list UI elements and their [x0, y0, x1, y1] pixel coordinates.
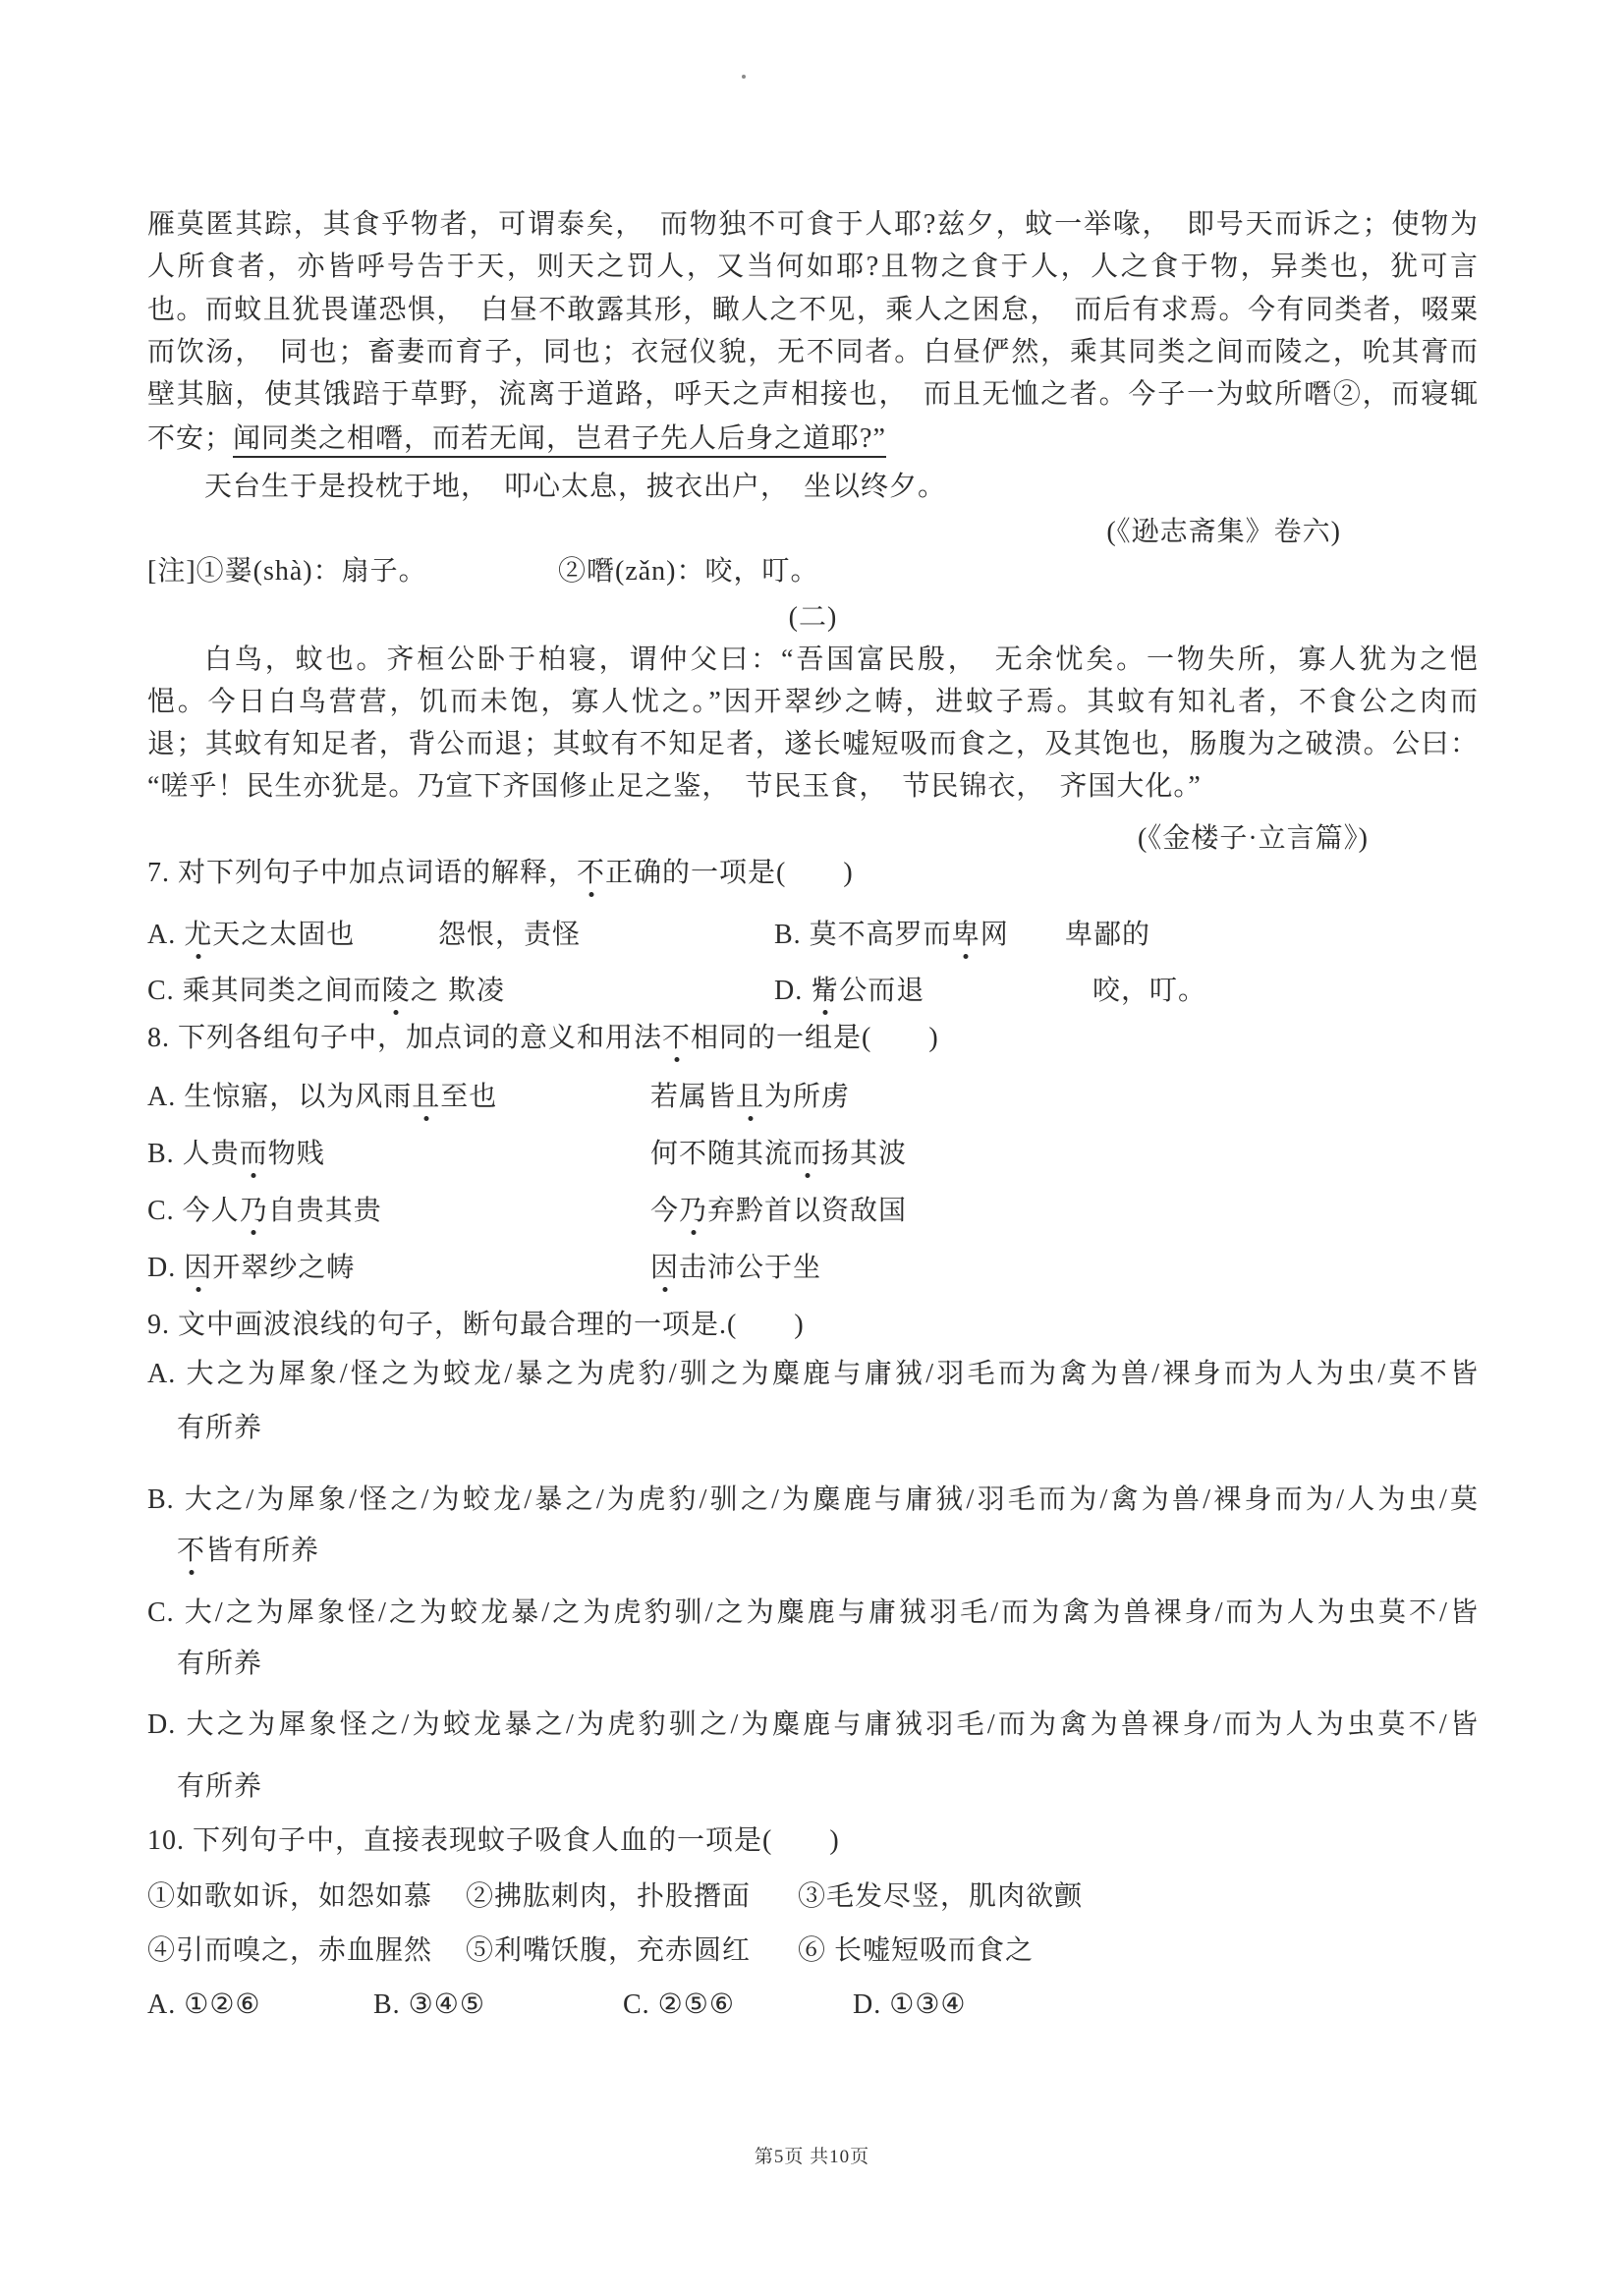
question10-stem: 10. 下列句子中，直接表现蚊子吸食人血的一项是( ) — [147, 1821, 1479, 1861]
passage1-line1: 雁莫匿其踪，其食乎物者，可谓泰矣， 而物独不可食于人耶?兹夕，蚊一举喙， 即号天… — [147, 205, 1479, 245]
q7-stem-emphasized-char: 不 — [577, 854, 605, 893]
passage1-line6-prefix: 不安； — [147, 423, 233, 454]
q8-a-right: 若属皆且为所虏 — [650, 1078, 850, 1117]
q8-b-left-text: B. 人贵 — [147, 1139, 240, 1169]
q7-c-text2: 之 — [411, 976, 439, 1006]
q8-a-left-text: A. 生惊寤，以为风雨 — [147, 1082, 412, 1112]
q9-option-b-line1: B. 大之/为犀象/怪之/为蛟龙/暴之/为虎豹/驯之/为麋鹿与庸狨/羽毛而为/禽… — [147, 1481, 1479, 1520]
q10-item-5: ⑤利嘴饫腹，充赤圆红 — [466, 1932, 751, 1971]
q7-stem-text2: 正确的一项是( ) — [605, 858, 854, 888]
q10-item-4: ④引而嗅之，赤血腥然 — [147, 1932, 432, 1971]
question8-stem: 8. 下列各组句子中，加点词的意义和用法不相同的一组是( ) — [147, 1019, 1479, 1058]
q8-c-right: 今乃弃黔首以资敌国 — [650, 1192, 907, 1231]
q10-answer-c: C. ②⑤⑥ — [623, 1986, 735, 2025]
page-number-footer: 第5页 共10页 — [0, 2142, 1624, 2168]
q8-a-right-text2: 为所虏 — [764, 1082, 850, 1112]
q8-c-right-emphasized-char: 乃 — [679, 1192, 707, 1231]
q8-d-right-emphasized-char: 因 — [650, 1249, 679, 1288]
q7-stem-text: 7. 对下列句子中加点词语的解释， — [147, 858, 577, 888]
q8-stem-emphasized-char: 不 — [662, 1019, 691, 1058]
q8-a-left: A. 生惊寤，以为风雨且至也 — [147, 1078, 497, 1117]
q9-option-a-line2: 有所养 — [147, 1409, 1479, 1448]
q8-a-left-text2: 至也 — [440, 1082, 497, 1112]
q7-d-emphasized-char: 觜 — [811, 972, 839, 1011]
q9-option-a-line1: A. 大之为犀象/怪之为蛟龙/暴之为虎豹/驯之为麋鹿与庸狨/羽毛而为禽为兽/裸身… — [147, 1355, 1479, 1394]
q8-b-left-text2: 物贱 — [268, 1139, 325, 1169]
q9-b-emphasized-char: 不 — [177, 1532, 205, 1571]
question8-option-a: A. 生惊寤，以为风雨且至也 若属皆且为所虏 — [147, 1078, 1479, 1117]
passage2-line3: 退；其蚊有知足者，背公而退；其蚊有不知足者，遂长嘘短吸而食之，及其饱也，肠腹为之… — [147, 725, 1479, 764]
q8-a-right-text: 若属皆 — [650, 1082, 736, 1112]
q7-d-text2: 公而退 — [839, 976, 924, 1006]
q7-a-text: A. — [147, 920, 184, 950]
q7-option-d: D. 觜公而退 — [774, 972, 924, 1011]
q8-d-left-emphasized-char: 因 — [184, 1249, 212, 1288]
q8-c-left: C. 今人乃自贵其贵 — [147, 1192, 382, 1231]
q7-c-emphasized-char: 陵 — [382, 972, 411, 1011]
q8-b-right: 何不随其流而扬其波 — [650, 1135, 907, 1174]
q7-a-text2: 天之太固也 — [212, 920, 355, 950]
q10-item-1: ①如歌如诉，如怨如慕 — [147, 1877, 432, 1917]
q10-item-3: ③毛发尽竖，肌肉欲颤 — [798, 1877, 1083, 1917]
q7-d-text: D. — [774, 976, 811, 1006]
q8-b-right-text2: 扬其波 — [821, 1139, 907, 1169]
q10-items-row1: ①如歌如诉，如怨如慕 ②拂肱刺肉，扑股撍面 ③毛发尽竖，肌肉欲颤 — [147, 1877, 1479, 1917]
page-content: 雁莫匿其踪，其食乎物者，可谓泰矣， 而物独不可食于人耶?兹夕，蚊一举喙， 即号天… — [147, 0, 1479, 2296]
q7-a-emphasized-char: 尤 — [184, 916, 212, 955]
passage1-line2: 人所食者，亦皆呼号告于天，则天之罚人，又当何如耶?且物之食于人，人之食于物，异类… — [147, 248, 1479, 287]
q8-c-left-text2: 自贵其贵 — [268, 1196, 382, 1226]
q9-option-d-line2: 有所养 — [147, 1767, 1479, 1807]
q8-b-right-emphasized-char: 而 — [793, 1135, 821, 1174]
q9-b-wrap-text: 皆有所养 — [205, 1536, 319, 1566]
q8-stem-text2: 相同的一组是( ) — [691, 1023, 939, 1053]
q7-option-a-gloss: 怨恨，责怪 — [438, 916, 581, 955]
passage1-line5: 壁其脑，使其饿踣于草野，流离于道路，呼天之声相接也， 而且无恤之者。今子一为蚊所… — [147, 375, 1479, 415]
q9-option-d-line1: D. 大之为犀象怪之/为蛟龙暴之/为虎豹驯之/为麋鹿与庸狨羽毛/而为禽为兽裸身/… — [147, 1706, 1479, 1745]
passage1-line6: 不安；闻同类之相噆，而若无闻，岂君子先人后身之道耶?” — [147, 420, 1479, 459]
passage2-line4: “嗟乎！民生亦犹是。乃宣下齐国修止足之鉴， 节民玉食， 节民锦衣， 齐国大化。” — [147, 767, 1479, 807]
q8-c-left-emphasized-char: 乃 — [240, 1192, 268, 1231]
question7-row1: A. 尤天之太固也 怨恨，责怪 B. 莫不高罗而卑网 卑鄙的 — [147, 916, 1479, 955]
q9-option-c-line1: C. 大/之为犀象怪/之为蛟龙暴/之为虎豹驯/之为麋鹿与庸狨羽毛/而为禽为兽裸身… — [147, 1594, 1479, 1633]
passage1-line4: 而饮汤， 同也；畜妻而育子，同也；衣冠仪貌，无不同者。白昼俨然，乘其同类之间而陵… — [147, 333, 1479, 372]
q8-d-right: 因击沛公于坐 — [650, 1249, 821, 1288]
q9-option-b-line2: 不皆有所养 — [147, 1532, 1479, 1571]
q7-option-d-gloss: 咬，叮。 — [1092, 972, 1206, 1011]
passage2-line2: 悒。今日白鸟营营，饥而未饱，寡人忧之。”因开翠纱之帱，进蚊子焉。其蚊有知礼者，不… — [147, 683, 1479, 722]
passage1-underlined-sentence: 闻同类之相噆，而若无闻，岂君子先人后身之道耶?” — [233, 423, 886, 458]
q10-answers-row: A. ①②⑥ B. ③④⑤ C. ②⑤⑥ D. ①③④ — [147, 1986, 1479, 2025]
passage1-line7: 天台生于是投枕于地， 叩心太息，披衣出户， 坐以终夕。 — [147, 468, 1479, 507]
q8-d-left-text2: 开翠纱之帱 — [212, 1253, 355, 1283]
exam-page: { "meta": { "footer": "第5页 共10页", "ink_c… — [0, 0, 1624, 2296]
passage1-attribution: (《逊志斋集》卷六) — [147, 513, 1479, 552]
q8-c-left-text: C. 今人 — [147, 1196, 240, 1226]
q8-stem-text: 8. 下列各组句子中，加点词的意义和用法 — [147, 1023, 662, 1053]
q7-c-text: C. 乘其同类之间而 — [147, 976, 382, 1006]
question8-option-b: B. 人贵而物贱 何不随其流而扬其波 — [147, 1135, 1479, 1174]
q7-option-c: C. 乘其同类之间而陵之 — [147, 972, 439, 1011]
question8-option-c: C. 今人乃自贵其贵 今乃弃黔首以资敌国 — [147, 1192, 1479, 1231]
q8-d-right-text2: 击沛公于坐 — [679, 1253, 821, 1283]
q10-item-6: ⑥ 长嘘短吸而食之 — [798, 1932, 1034, 1971]
question8-option-d: D. 因开翠纱之帱 因击沛公于坐 — [147, 1249, 1479, 1288]
q10-answer-d: D. ①③④ — [853, 1986, 967, 2025]
question9-stem: 9. 文中画波浪线的句子，断句最合理的一项是.( ) — [147, 1306, 1479, 1345]
note-part2: ②噆(zǎn)：咬，叮。 — [558, 552, 819, 591]
q7-option-a: A. 尤天之太固也 — [147, 916, 355, 955]
note-part1: [注]①翣(shà)：扇子。 — [147, 552, 427, 591]
q7-option-b: B. 莫不高罗而卑网 — [774, 916, 1009, 955]
passage2-attribution: (《金楼子·立言篇》) — [147, 819, 1479, 859]
q8-a-left-emphasized-char: 且 — [412, 1078, 440, 1117]
q8-d-left: D. 因开翠纱之帱 — [147, 1249, 355, 1288]
q10-items-row2: ④引而嗅之，赤血腥然 ⑤利嘴饫腹，充赤圆红 ⑥ 长嘘短吸而食之 — [147, 1932, 1479, 1971]
q10-answer-b: B. ③④⑤ — [373, 1986, 485, 2025]
q7-b-text: B. 莫不高罗而 — [774, 920, 952, 950]
q8-b-right-text: 何不随其流 — [650, 1139, 793, 1169]
section2-title: (二) — [147, 598, 1479, 638]
q9-option-c-line2: 有所养 — [147, 1645, 1479, 1684]
passage1-line3: 也。而蚊且犹畏谨恐惧， 白昼不敢露其形，瞰人之不见，乘人之困怠， 而后有求焉。今… — [147, 291, 1479, 330]
question7-stem: 7. 对下列句子中加点词语的解释，不正确的一项是( ) — [147, 854, 1479, 893]
q8-a-right-emphasized-char: 且 — [736, 1078, 764, 1117]
q7-b-text2: 网 — [980, 920, 1009, 950]
q8-c-right-text: 今 — [650, 1196, 679, 1226]
q7-b-emphasized-char: 卑 — [952, 916, 980, 955]
passage2-line1: 白鸟，蚊也。齐桓公卧于柏寝，谓仲父曰：“吾国富民殷， 无余忧矣。一物失所，寡人犹… — [147, 641, 1479, 680]
q10-item-2: ②拂肱刺肉，扑股撍面 — [466, 1877, 751, 1917]
q7-option-b-gloss: 卑鄙的 — [1065, 916, 1150, 955]
q8-c-right-text2: 弃黔首以资敌国 — [707, 1196, 907, 1226]
q10-answer-a: A. ①②⑥ — [147, 1986, 261, 2025]
note-line: [注]①翣(shà)：扇子。 ②噆(zǎn)：咬，叮。 — [147, 552, 1479, 591]
question7-row2: C. 乘其同类之间而陵之 欺凌 D. 觜公而退 咬，叮。 — [147, 972, 1479, 1011]
q7-option-c-gloss: 欺凌 — [448, 972, 505, 1011]
q8-b-left-emphasized-char: 而 — [240, 1135, 268, 1174]
q8-d-left-text: D. — [147, 1253, 184, 1283]
q8-b-left: B. 人贵而物贱 — [147, 1135, 325, 1174]
